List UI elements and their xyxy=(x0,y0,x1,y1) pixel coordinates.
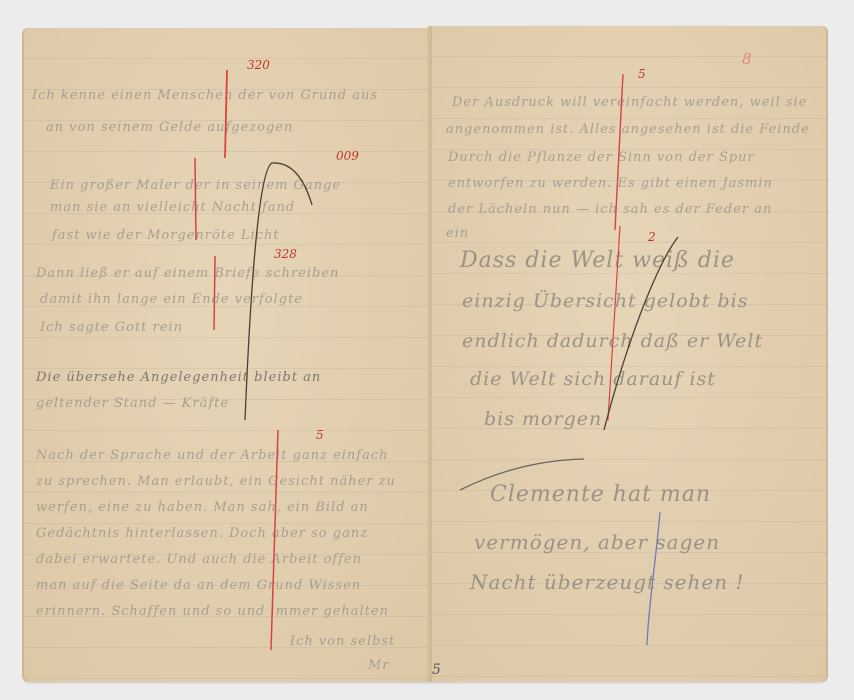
handwritten-line: Ich sagte Gott rein xyxy=(40,320,183,335)
handwritten-line: bis morgen xyxy=(484,408,602,430)
handwritten-line: entworfen zu werden. Es gibt einen Jasmi… xyxy=(448,176,773,191)
open-notebook: Ich kenne einen Menschen der von Grund a… xyxy=(0,0,854,700)
handwritten-line: Clemente hat man xyxy=(490,482,711,507)
handwritten-line: geltender Stand — Kräfte xyxy=(36,396,229,411)
handwritten-line: Nacht überzeugt sehen ! xyxy=(470,570,745,594)
handwritten-line: Die übersehe Angelegenheit bleibt an xyxy=(36,370,321,385)
handwritten-line: einzig Übersicht gelobt bis xyxy=(462,290,748,312)
handwritten-line: Mr xyxy=(368,658,390,673)
red-annotation-number: 5 xyxy=(638,67,646,81)
handwritten-line: damit ihn lange ein Ende verfolgte xyxy=(40,292,303,307)
handwritten-line: vermögen, aber sagen xyxy=(474,530,720,554)
handwritten-line: Dann ließ er auf einem Briefe schreiben xyxy=(36,266,339,281)
handwritten-line: Ich von selbst xyxy=(290,634,395,649)
red-annotation-number: 5 xyxy=(316,428,324,442)
handwritten-line: werfen, eine zu haben. Man sah, ein Bild… xyxy=(36,500,369,515)
handwritten-line: an von seinem Gelde aufgezogen xyxy=(46,120,293,135)
red-annotation-number: 009 xyxy=(336,149,359,163)
handwritten-line: endlich dadurch daß er Welt xyxy=(462,330,763,352)
handwritten-line: fast wie der Morgenröte Licht xyxy=(52,228,280,243)
handwritten-line: die Welt sich darauf ist xyxy=(470,368,716,390)
notebook-spine xyxy=(428,26,432,682)
handwritten-line: Der Ausdruck will vereinfacht werden, we… xyxy=(452,95,807,110)
handwritten-line: dabei erwartete. Und auch die Arbeit off… xyxy=(36,552,362,567)
handwritten-line: Ein großer Maler der in seinem Gange xyxy=(50,178,341,193)
handwritten-line: angenommen ist. Alles angesehen ist die … xyxy=(446,122,810,137)
handwritten-line: man auf die Seite da an dem Grund Wissen xyxy=(36,578,361,593)
handwritten-line: erinnern. Schaffen und so und immer geha… xyxy=(36,604,389,619)
red-annotation-number: 8 xyxy=(742,50,752,68)
handwritten-line: Dass die Welt weiß die xyxy=(460,248,735,273)
handwritten-line: Nach der Sprache und der Arbeit ganz ein… xyxy=(36,448,389,463)
handwritten-line: zu sprechen. Man erlaubt, ein Gesicht nä… xyxy=(36,474,396,489)
red-annotation-number: 320 xyxy=(247,58,270,72)
red-annotation-number: 2 xyxy=(648,230,656,244)
handwritten-line: ein xyxy=(446,226,469,241)
handwritten-line: der Lächeln nun — ich sah es der Feder a… xyxy=(448,202,772,217)
page-number: 5 xyxy=(432,662,441,678)
handwritten-line: Durch die Pflanze der Sinn von der Spur xyxy=(448,150,755,165)
handwritten-line: man sie an vielleicht Nacht fand xyxy=(50,200,295,215)
handwritten-line: Gedächtnis hinterlassen. Doch aber so ga… xyxy=(36,526,368,541)
handwritten-line: Ich kenne einen Menschen der von Grund a… xyxy=(32,88,378,103)
red-annotation-number: 328 xyxy=(274,247,297,261)
